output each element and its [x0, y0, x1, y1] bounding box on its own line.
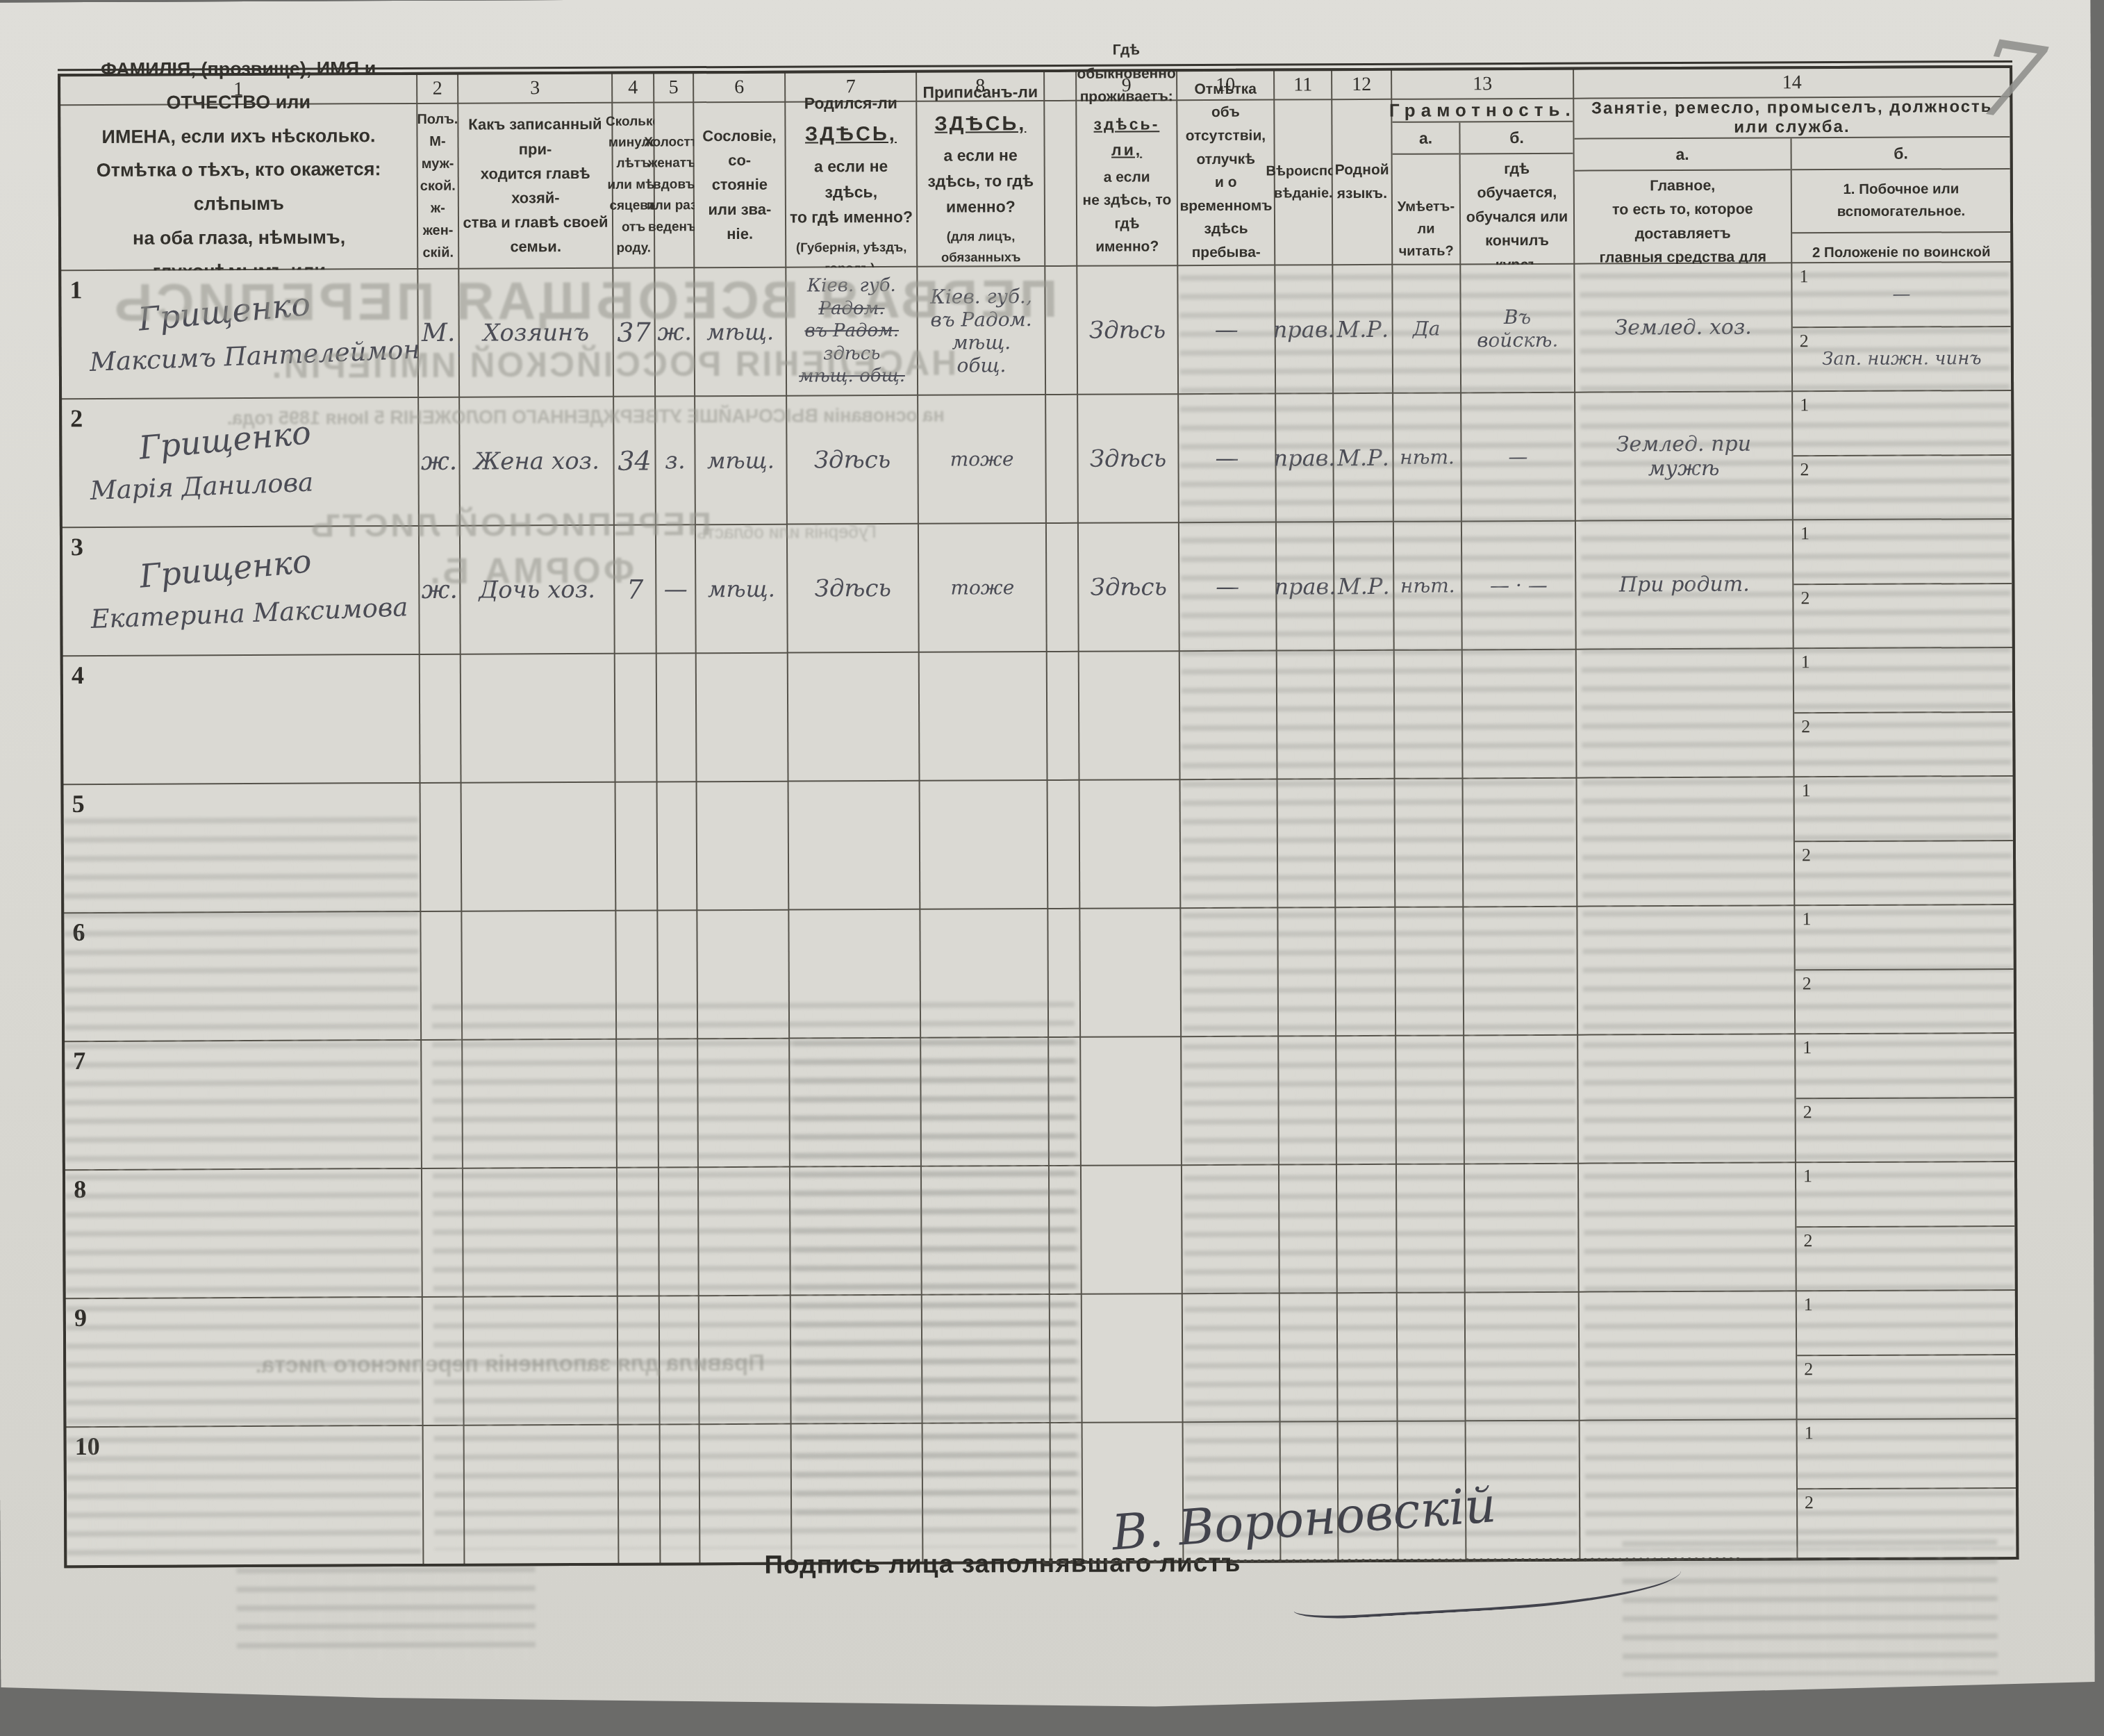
header-birthplace-here: ЗДѢСЬ,	[805, 118, 897, 151]
row-number: 5	[72, 789, 85, 818]
spacer-cell	[1048, 781, 1079, 908]
header-literacy-title: Грамотность.	[1392, 99, 1573, 123]
header-language-column: Родной языкъ.	[1332, 100, 1391, 264]
residence-cell	[1079, 652, 1179, 779]
col-number-6: 6	[694, 74, 784, 102]
header-sex-column: Полъ. М-муж- ской. ж-жен- скій.	[417, 104, 458, 268]
header-birthplace-rest: а если не здѣсь, то гдѣ именно?	[789, 154, 913, 231]
header-registration-column: Приписанъ-ли ЗДѢСЬ, а если не здѣсь, то …	[917, 101, 1044, 266]
col-number-gap	[1045, 72, 1075, 100]
relation-cell	[461, 654, 615, 782]
row-number: 1	[69, 275, 82, 304]
row-number: 2	[70, 404, 83, 433]
spacer-cell	[1047, 652, 1079, 779]
row-number: 4	[72, 661, 84, 690]
header-residence-column: Гдѣ обыкновенно проживаетъ: здѣсь-ли, а …	[1077, 101, 1177, 265]
header-religion-column: Вѣроиспо- вѣданіе.	[1275, 100, 1332, 264]
row-number: 3	[71, 532, 83, 561]
birthplace-cell	[789, 782, 920, 909]
registered-cell	[920, 652, 1047, 780]
col-number-5: 5	[654, 74, 693, 101]
header-marital-column: Холостъ, женатъ, вдовъ или раз- веденъ.	[654, 103, 693, 267]
header-estate-column: Сословіе, со- стояніе или зва- ніе.	[694, 103, 785, 267]
bleedthrough-guberniya-line: Губернія или область:	[645, 521, 923, 544]
col-number-14: 14	[1574, 68, 2010, 98]
col-number-3: 3	[458, 74, 611, 103]
bleedthrough-text-block	[793, 1040, 1080, 1521]
registered-cell	[920, 781, 1047, 909]
bleedthrough-title-statute: на основаніи ВЫСОЧАЙШЕ УТВЕРЖДЕННАГО ПОЛ…	[162, 404, 1009, 429]
bleedthrough-text-block	[236, 1566, 536, 1662]
pencil-page-number: 7	[1968, 17, 2052, 147]
bleedthrough-title-form-b: ФОРМА Б.	[374, 549, 687, 593]
sex-cell	[420, 655, 461, 782]
spacer-cell	[1046, 395, 1077, 522]
person-name-cell: 3ГрищенкоЕкатерина Максимова	[63, 527, 419, 655]
estate-cell	[697, 654, 788, 782]
header-occupation-b: б.	[1792, 138, 2010, 170]
marital-cell	[658, 782, 697, 909]
header-birthplace-column: Родился-ли ЗДѢСЬ, а если не здѣсь, то гд…	[786, 102, 916, 267]
col-number-4: 4	[613, 74, 653, 101]
age-cell	[616, 782, 657, 909]
header-occupation-group: Занятіе, ремесло, промыселъ, должность и…	[1574, 97, 2010, 263]
header-registration-here: ЗДѢСЬ,	[934, 108, 1026, 140]
bleedthrough-text-block	[64, 817, 422, 1558]
header-literacy-a: а.	[1392, 122, 1459, 154]
residence-cell: Здѣсь	[1079, 523, 1179, 651]
header-occupation-a: а.	[1575, 138, 1791, 171]
birthplace-cell: Здѣсь	[788, 524, 918, 652]
header-registration-pre: Приписанъ-ли	[922, 79, 1038, 106]
col-number-13: 13	[1392, 70, 1573, 99]
residence-cell: Здѣсь	[1078, 395, 1178, 522]
header-absence-column: Отмѣтка объ отсутствіи, отлучкѣ и о врем…	[1177, 101, 1274, 265]
paper-sheet: 1 2 3 4 5 6 7 8 9 10 11 12 13 14 ФАМИЛІЯ…	[0, 0, 2100, 1719]
col-number-12: 12	[1332, 71, 1391, 99]
header-literacy-group: Грамотность. а. Умѣетъ- ли читать? б. гд…	[1392, 99, 1573, 264]
residence-cell	[1082, 1294, 1182, 1422]
header-occupation-side-label: 1. Побочное или вспомогательное.	[1792, 170, 2010, 233]
header-name-column: ФАМИЛІЯ, (прозвище), ИМЯ и ОТЧЕСТВО или …	[60, 104, 417, 270]
header-residence-pre: Гдѣ обыкновенно проживаетъ:	[1077, 38, 1176, 108]
bleedthrough-title-census: ПЕРВАЯ ВСЕОБЩАЯ ПЕРЕПИСЬ	[168, 269, 1057, 333]
bleedthrough-text-block	[1179, 274, 1577, 1553]
person-name-cell: 4	[63, 655, 420, 784]
header-birthplace-pre: Родился-ли	[804, 90, 897, 116]
header-gap-column	[1045, 101, 1076, 265]
marital-cell	[657, 654, 696, 781]
registered-cell: тоже	[919, 524, 1046, 652]
residence-cell: Здѣсь	[1077, 266, 1177, 394]
birthplace-cell	[788, 653, 919, 781]
header-registration-rest: а если не здѣсь, то гдѣ именно?	[920, 142, 1041, 220]
spacer-cell	[1047, 524, 1078, 651]
residence-cell	[1080, 780, 1180, 908]
header-residence-here: здѣсь-ли,	[1079, 111, 1173, 163]
residence-cell	[1081, 1037, 1181, 1165]
age-cell	[615, 654, 656, 781]
bleedthrough-title-empire: НАСЕЛЕНІЯ РОССІЙСКОЙ ИМПЕРІИ.	[252, 342, 975, 386]
scanned-census-page: 1 2 3 4 5 6 7 8 9 10 11 12 13 14 ФАМИЛІЯ…	[0, 0, 2104, 1736]
residence-cell	[1080, 909, 1180, 1036]
sex-cell	[421, 784, 461, 911]
residence-cell	[1082, 1166, 1182, 1293]
relation-cell	[462, 783, 615, 911]
header-relation-column: Какъ записанный при- ходится главѣ хозяй…	[458, 104, 612, 268]
estate-cell: мѣщ.	[696, 525, 787, 653]
header-residence-rest: а если не здѣсь, то гдѣ именно?	[1080, 165, 1175, 259]
header-occupation-title: Занятіе, ремесло, промыселъ, должность и…	[1574, 97, 2010, 140]
estate-cell	[697, 782, 788, 910]
col-number-11: 11	[1275, 71, 1331, 99]
col-number-2: 2	[417, 75, 457, 103]
header-literacy-b: б.	[1460, 122, 1573, 155]
bleedthrough-text-block	[1580, 272, 2014, 1552]
